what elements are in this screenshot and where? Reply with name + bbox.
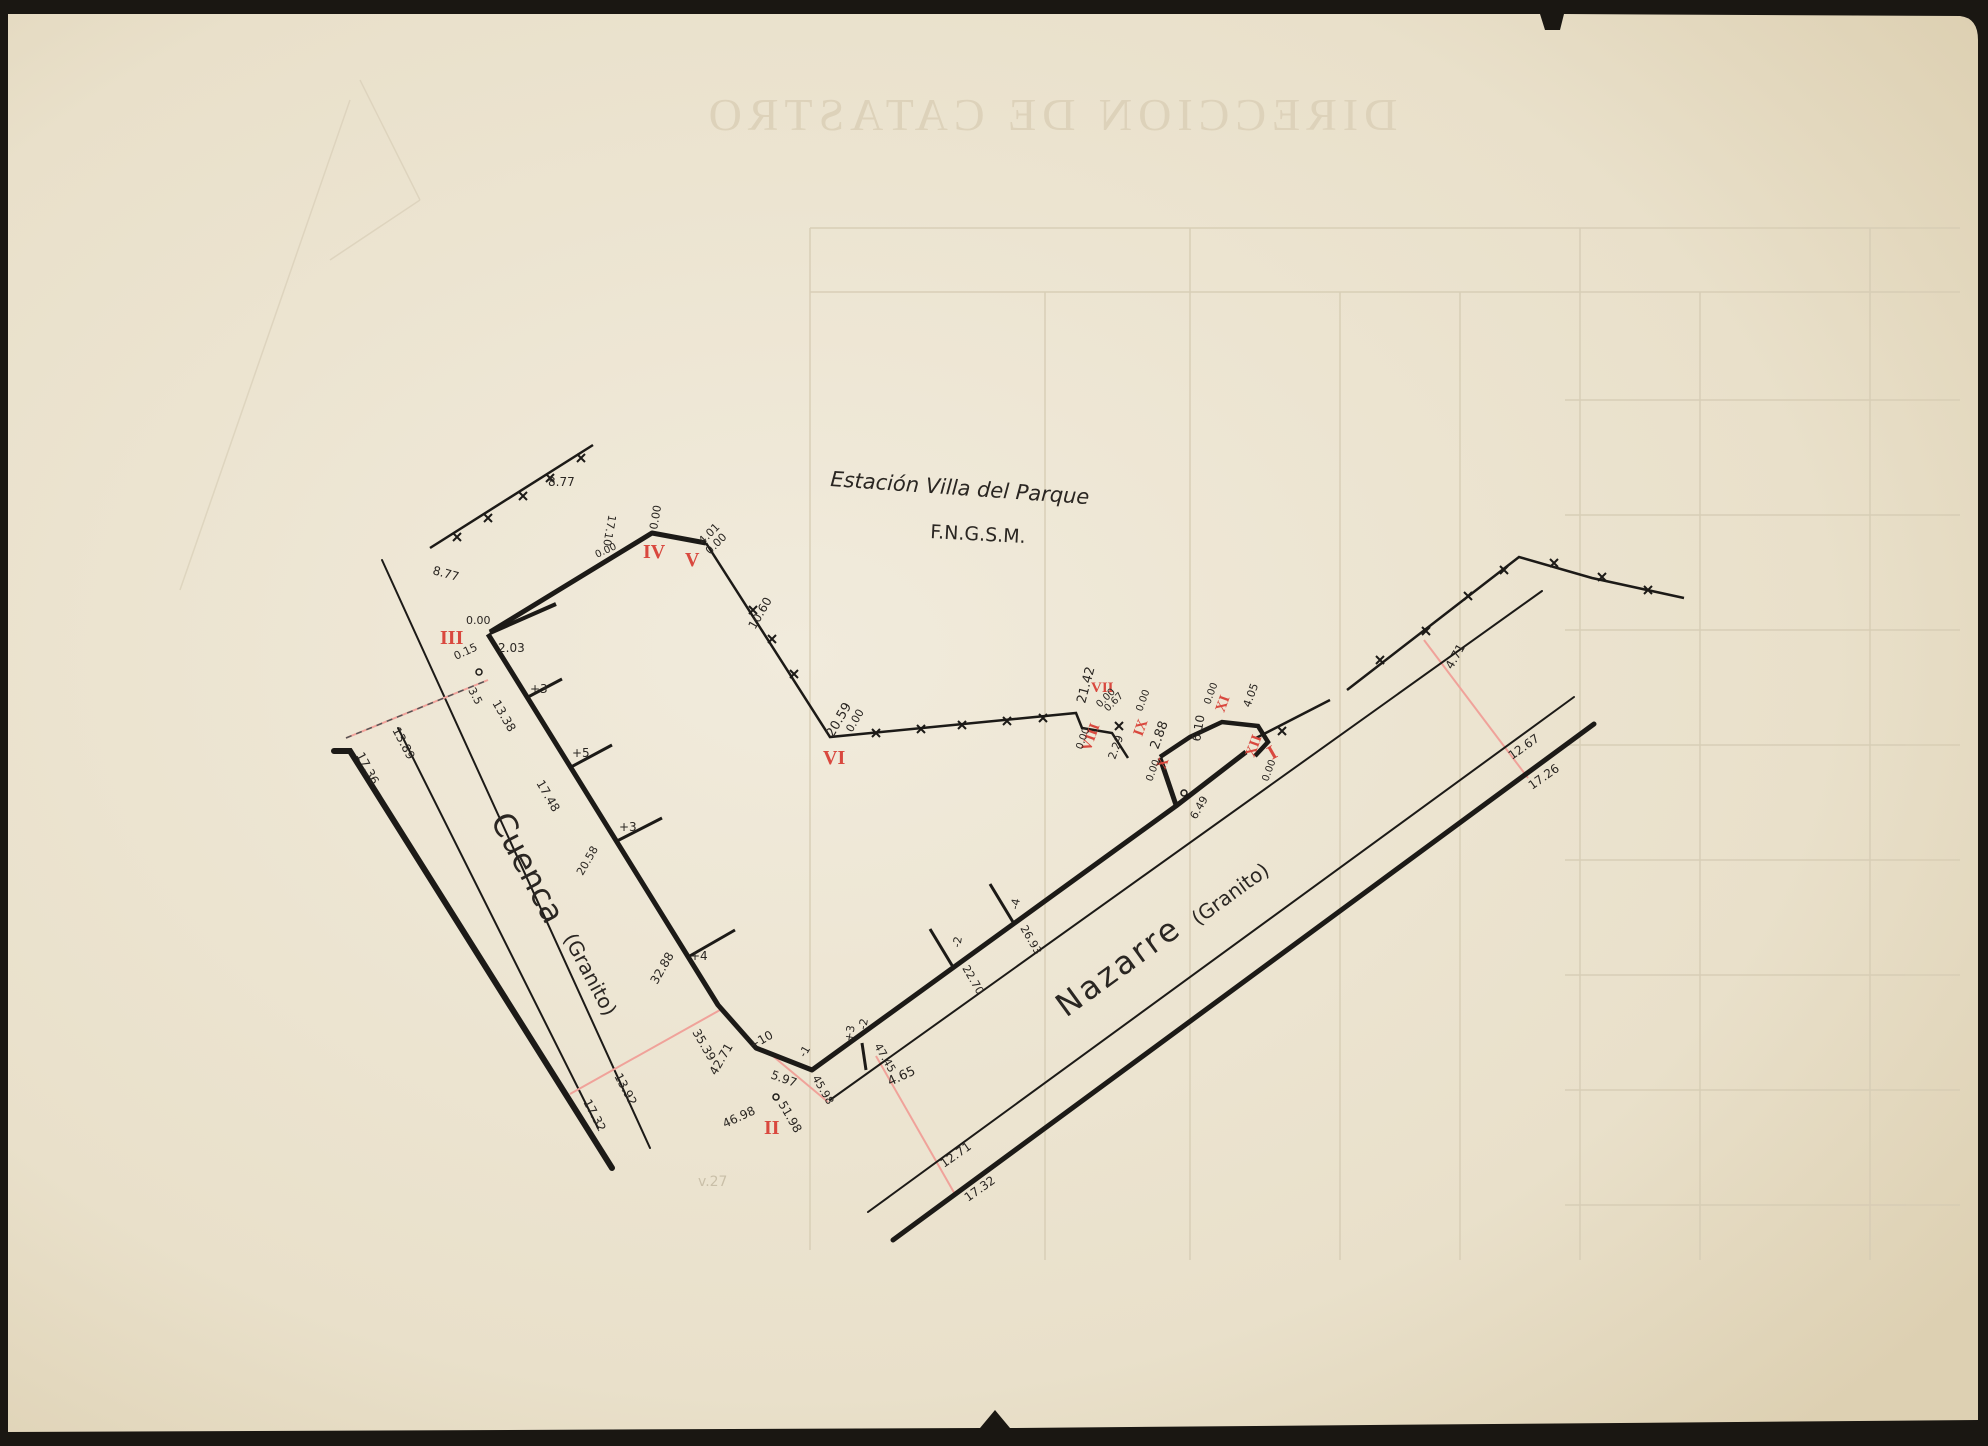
vertex-vi: VI bbox=[823, 747, 845, 769]
svg-text:8.77: 8.77 bbox=[548, 475, 575, 489]
svg-text:+3: +3 bbox=[530, 682, 548, 696]
letterhead-watermark: DIRECCION DE CATASTRO bbox=[703, 89, 1398, 140]
margin-note: v.27 bbox=[698, 1174, 727, 1190]
vertex-iv: IV bbox=[643, 541, 666, 563]
svg-text:+5: +5 bbox=[572, 746, 590, 760]
svg-text:-4: -4 bbox=[1008, 897, 1023, 910]
vertex-ii: II bbox=[764, 1117, 780, 1139]
svg-text:-2: -2 bbox=[856, 1017, 871, 1030]
vertex-v: V bbox=[685, 549, 700, 571]
paper-sheet bbox=[8, 14, 1978, 1432]
svg-text:0.00: 0.00 bbox=[466, 614, 491, 627]
cadastral-survey-sheet: DIRECCION DE CATASTRO bbox=[0, 0, 1988, 1446]
vertex-iii: III bbox=[440, 627, 464, 649]
svg-text:2.03: 2.03 bbox=[498, 641, 525, 655]
svg-text:+3: +3 bbox=[619, 820, 637, 834]
svg-text:+4: +4 bbox=[690, 949, 708, 963]
svg-text:-2: -2 bbox=[950, 935, 965, 948]
